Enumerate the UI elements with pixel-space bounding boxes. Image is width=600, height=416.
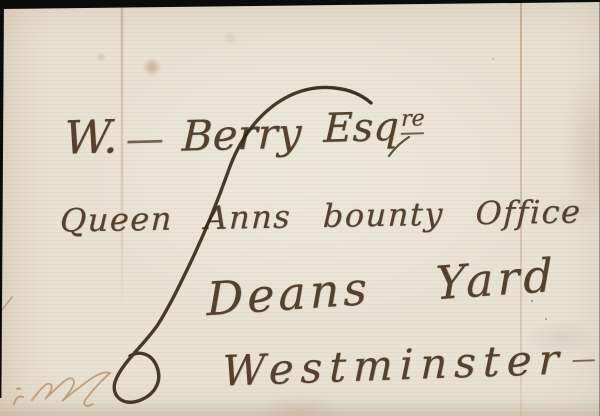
recipient-honorific: Esqre <box>323 103 425 152</box>
recipient-name: Berry <box>181 108 302 160</box>
honorific-superscript: re <box>401 106 425 135</box>
ink-speck <box>545 318 547 320</box>
handwritten-dash: — <box>125 116 164 161</box>
recipient-initial: W. <box>63 109 118 164</box>
ink-speck <box>531 300 533 302</box>
letter-cover-photo: { "colors": { "photo_background": "#0b0b… <box>0 0 600 416</box>
trailing-dash: — <box>571 344 595 373</box>
honorific-text: Esq <box>323 104 400 152</box>
address-line-recipient: W. — Berry Esqre <box>63 101 425 164</box>
ink-speck <box>492 58 494 60</box>
